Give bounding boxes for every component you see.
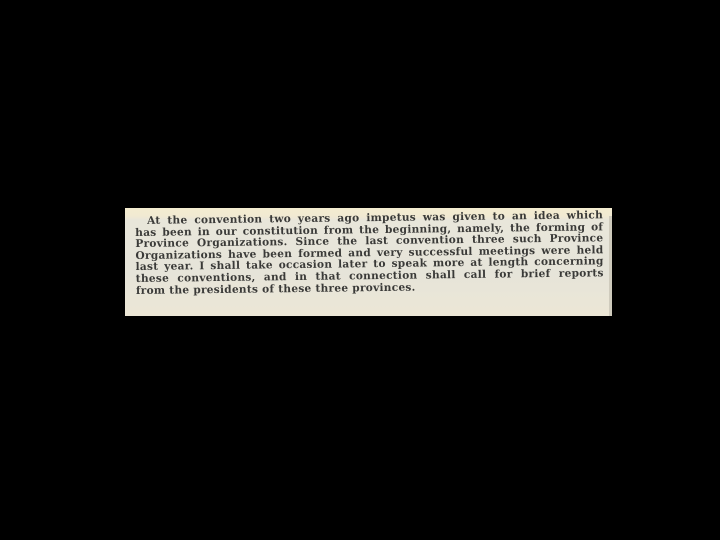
- newspaper-clipping: At the convention two years ago impetus …: [125, 208, 612, 316]
- clipping-paragraph: At the convention two years ago impetus …: [135, 210, 604, 297]
